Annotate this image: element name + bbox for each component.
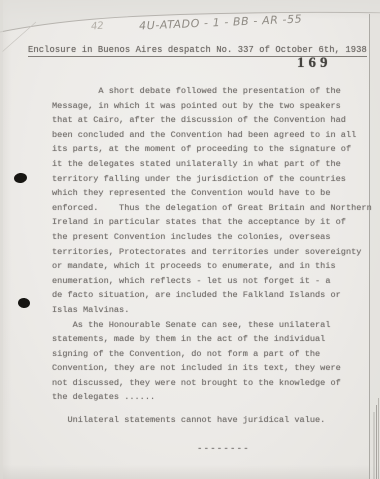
- paragraph-conclusion: Unilateral statements cannot have juridi…: [52, 413, 362, 428]
- paragraph-senate: As the Honourable Senate can see, these …: [52, 318, 362, 406]
- end-separator-dashes: --------: [197, 444, 250, 454]
- punch-hole-mark-bottom: [18, 297, 31, 308]
- punch-hole-mark-top: [13, 172, 27, 184]
- scanned-document-page: 42 4U-ATADO - 1 - BB - AR -55 Enclosure …: [0, 0, 380, 479]
- handwritten-archive-reference: 4U-ATADO - 1 - BB - AR -55: [139, 12, 303, 32]
- document-body: A short debate followed the presentation…: [52, 84, 362, 428]
- paragraph-debate: A short debate followed the presentation…: [52, 84, 362, 318]
- handwritten-pencil-number: 42: [91, 21, 104, 33]
- page-number-stamp: 169: [297, 55, 332, 72]
